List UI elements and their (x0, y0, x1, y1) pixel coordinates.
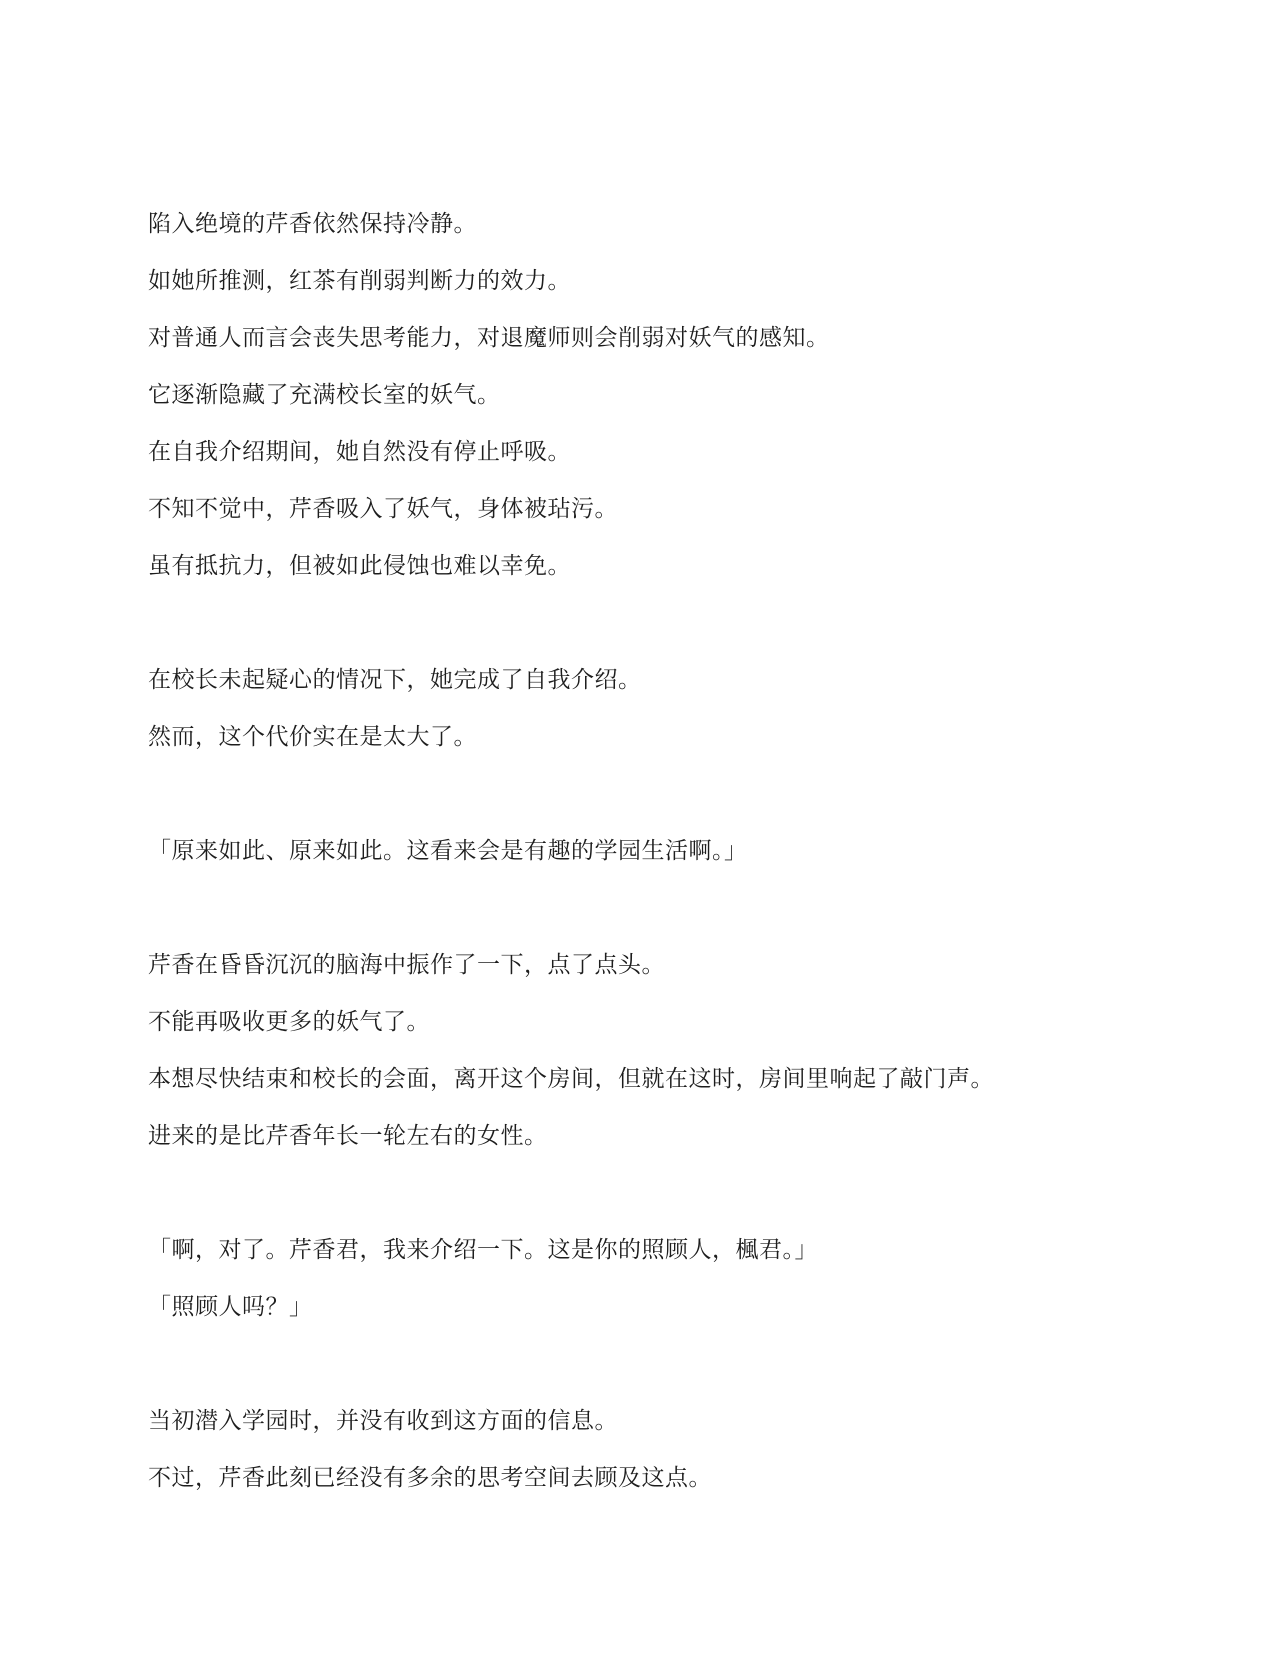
paragraph-line: 虽有抵抗力，但被如此侵蚀也难以幸免。 (148, 537, 1180, 594)
paragraph-line: 对普通人而言会丧失思考能力，对退魔师则会削弱对妖气的感知。 (148, 309, 1180, 366)
paragraph-line: 不过，芹香此刻已经没有多余的思考空间去顾及这点。 (148, 1449, 1180, 1506)
document-page: 陷入绝境的芹香依然保持冷静。 如她所推测，红茶有削弱判断力的效力。 对普通人而言… (0, 0, 1280, 1656)
blank-line (148, 1164, 1180, 1221)
paragraph-line: 它逐渐隐藏了充满校长室的妖气。 (148, 366, 1180, 423)
blank-line (148, 1335, 1180, 1392)
dialogue-line: 「照顾人吗？」 (148, 1278, 1180, 1335)
paragraph-line: 然而，这个代价实在是太大了。 (148, 708, 1180, 765)
paragraph-line: 进来的是比芹香年长一轮左右的女性。 (148, 1107, 1180, 1164)
paragraph-line: 在自我介绍期间，她自然没有停止呼吸。 (148, 423, 1180, 480)
page-background: { "page": { "lines": [ "陷入绝境的芹香依然保持冷静。",… (0, 0, 1280, 1656)
paragraph-line: 不知不觉中，芹香吸入了妖气，身体被玷污。 (148, 480, 1180, 537)
blank-line (148, 765, 1180, 822)
blank-line (148, 879, 1180, 936)
paragraph-line: 本想尽快结束和校长的会面，离开这个房间，但就在这时，房间里响起了敲门声。 (148, 1050, 1180, 1107)
dialogue-line: 「原来如此、原来如此。这看来会是有趣的学园生活啊。」 (148, 822, 1180, 879)
paragraph-line: 陷入绝境的芹香依然保持冷静。 (148, 195, 1180, 252)
paragraph-line: 在校长未起疑心的情况下，她完成了自我介绍。 (148, 651, 1180, 708)
paragraph-line: 当初潜入学园时，并没有收到这方面的信息。 (148, 1392, 1180, 1449)
paragraph-line: 芹香在昏昏沉沉的脑海中振作了一下，点了点头。 (148, 936, 1180, 993)
paragraph-line: 不能再吸收更多的妖气了。 (148, 993, 1180, 1050)
blank-line (148, 594, 1180, 651)
paragraph-line: 如她所推测，红茶有削弱判断力的效力。 (148, 252, 1180, 309)
dialogue-line: 「啊，对了。芹香君，我来介绍一下。这是你的照顾人，楓君。」 (148, 1221, 1180, 1278)
